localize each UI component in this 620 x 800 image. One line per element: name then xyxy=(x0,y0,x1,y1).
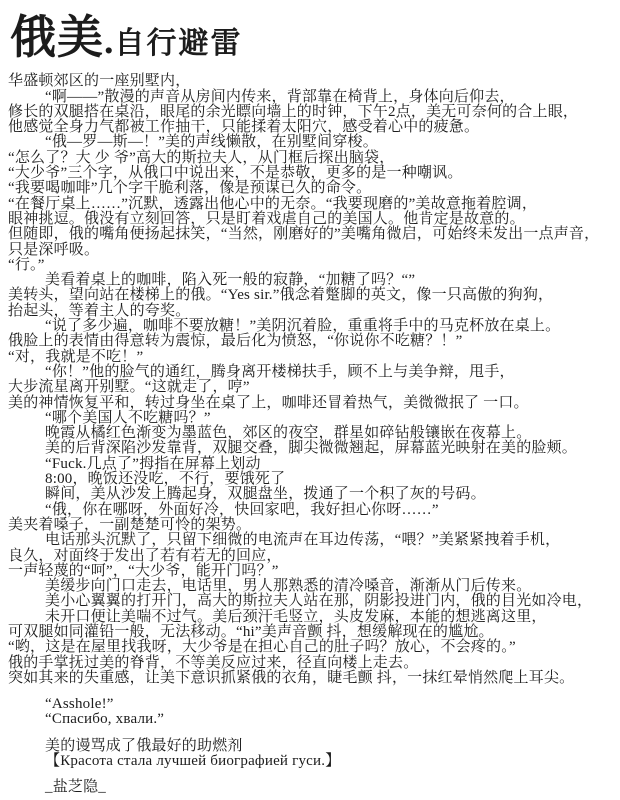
story-line: 美夹着嗓子，一副楚楚可怜的架势。 xyxy=(8,518,614,533)
document-page: 俄美.自行避雷 华盛顿郊区的一座别墅内，“啊——”散漫的声音从房间内传来，背部靠… xyxy=(0,0,620,800)
story-line: 良久，对面终于发出了若有若无的回应， xyxy=(8,549,614,564)
story-line: “在餐厅桌上……”沉默，透露出他心中的无奈。“我要现磨的”美故意拖着腔调， xyxy=(8,197,614,212)
story-line: “俄，你在哪呀，外面好冷，快回家吧，我好担心你呀……” xyxy=(8,503,614,518)
story-line: 俄的手掌抚过美的脊背，不等美反应过来，径直向楼上走去。 xyxy=(8,656,614,671)
story-line: 美的谩骂成了俄最好的助燃剂 xyxy=(8,739,614,754)
title-subtitle: 自行避雷 xyxy=(115,27,243,60)
story-line: 电话那头沉默了，只留下细微的电流声在耳边传荡，“喂？”美紧紧拽着手机， xyxy=(8,533,614,548)
story-line: 华盛顿郊区的一座别墅内， xyxy=(8,74,614,89)
story-line: “俄—罗—斯—！”美的声线懒散，在别墅间穿梭。 xyxy=(8,135,614,150)
story-line: 眼神挑逗。俄没有立刻回答，只是盯着戏虐自己的美国人。他肯定是故意的。 xyxy=(8,212,614,227)
story-line: 修长的双腿搭在桌沿，眼尾的余光瞟向墙上的时钟，下午2点，美无可奈何的合上眼， xyxy=(8,105,614,120)
story-line: 大步流星离开别墅。“这就走了，哼” xyxy=(8,380,614,395)
story-line: “怎么了？大 少 爷”高大的斯拉夫人，从门框后探出脑袋， xyxy=(8,151,614,166)
story-line: 只是深呼吸。 xyxy=(8,243,614,258)
story-text: 华盛顿郊区的一座别墅内，“啊——”散漫的声音从房间内传来，背部靠在椅背上，身体向… xyxy=(8,74,614,795)
story-line: 美的神情恢复平和，转过身坐在桌了上，咖啡还冒着热气，美微微抿了 一口。 xyxy=(8,396,614,411)
story-line: 美的后背深陷沙发靠背，双腿交叠，脚尖微微翘起，屏幕蓝光映射在美的脸颊。 xyxy=(8,441,614,456)
story-line: “哟，这是在屋里找我呀，大少爷是在担心自己的肚子吗？放心，不会疼的。” xyxy=(8,640,614,655)
title-main: 俄美 xyxy=(10,12,104,63)
story-line: “Fuck.几点了”拇指在屏幕上划动 xyxy=(8,457,614,472)
page-title: 俄美.自行避雷 xyxy=(10,14,614,62)
story-line: 一声轻蔑的“呵”，“大少爷，能开门吗？” xyxy=(8,564,614,579)
story-line: 【Красота стала лучшей биографией гуси.】 xyxy=(8,754,614,769)
story-line: “我要喝咖啡”几个字干脆利落，像是预谋已久的命令。 xyxy=(8,181,614,196)
story-line: “你！”他的脸气的通红，腾身离开楼梯扶手，顾不上与美争辩，甩手， xyxy=(8,365,614,380)
story-line: 美小心翼翼的打开门，高大的斯拉夫人站在那，阴影投进门内，俄的目光如冷电， xyxy=(8,594,614,609)
story-line: 瞬间，美从沙发上腾起身，双腿盘坐，拨通了一个积了灰的号码。 xyxy=(8,487,614,502)
story-line: “对，我就是不吃！” xyxy=(8,350,614,365)
title-dot: . xyxy=(104,20,115,62)
story-line: “行。” xyxy=(8,258,614,273)
story-line: 美转头，望向站在楼梯上的俄。“Yes sir.”俄念着蹩脚的英文，像一只高傲的狗… xyxy=(8,288,614,303)
story-line: “Спасибо, хвали.” xyxy=(8,712,614,727)
story-line: 未开口便让美喘不过气。美后颈汗毛竖立，头皮发麻，本能的想逃离这里， xyxy=(8,610,614,625)
story-line: 但随即，俄的嘴角便扬起抹笑，“当然，刚磨好的”美嘴角微启，可始终未发出一点声音， xyxy=(8,227,614,242)
story-line: “哪个美国人不吃糖吗？” xyxy=(8,411,614,426)
story-line: _盐芝隐_ xyxy=(8,780,614,795)
story-line: 俄脸上的表情由得意转为震惊，最后化为愤怒，“你说你不吃糖？！” xyxy=(8,334,614,349)
story-line: 抬起头，等着主人的夸奖。 xyxy=(8,304,614,319)
story-line: 突如其来的失重感，让美下意识抓紧俄的衣角，睫毛颤 抖，一抹红晕悄然爬上耳尖。 xyxy=(8,671,614,686)
story-line: 可双腿如同灌铅一般，无法移动。“hi”美声音颤 抖，想缓解现在的尴尬。 xyxy=(8,625,614,640)
story-line: “啊——”散漫的声音从房间内传来，背部靠在椅背上，身体向后仰去， xyxy=(8,90,614,105)
story-line: “Asshole!” xyxy=(8,697,614,712)
